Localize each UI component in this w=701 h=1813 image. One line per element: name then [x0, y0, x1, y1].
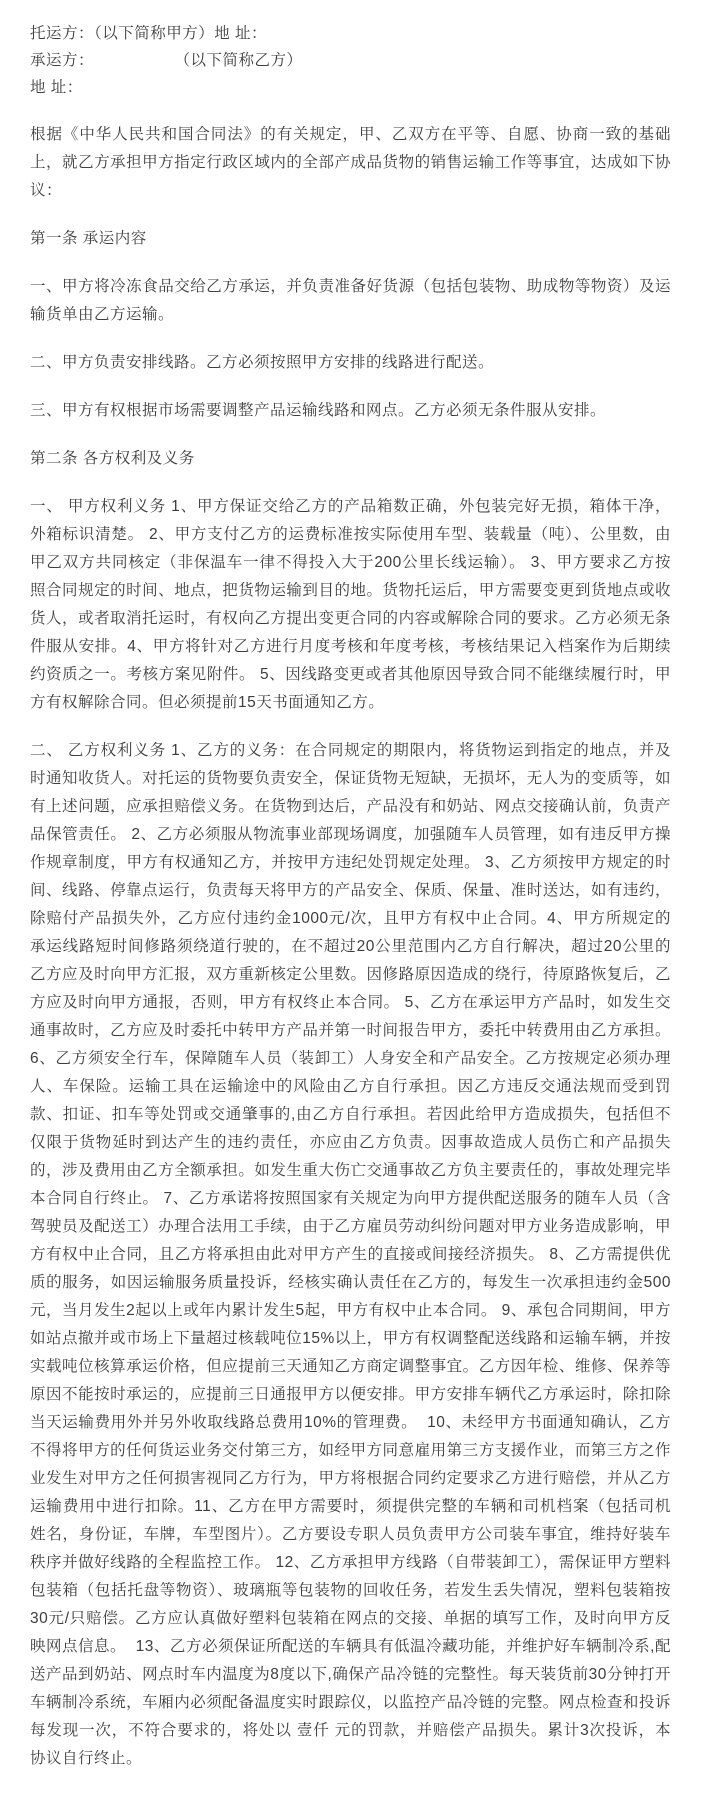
- article-2-party-b-obligations: 二、 乙方权利义务 1、乙方的义务：在合同规定的期限内，将货物运到指定的地点，并…: [30, 737, 671, 1773]
- article-2-heading: 第二条 各方权利及义务: [30, 445, 671, 473]
- article-1-clause-2: 二、甲方负责安排线路。乙方必须按照甲方安排的线路进行配送。: [30, 349, 671, 377]
- preamble-paragraph: 根据《中华人民共和国合同法》的有关规定，甲、乙双方在平等、自愿、协商一致的基础上…: [30, 121, 671, 205]
- party-carrier-line: 承运方： （以下简称乙方）: [30, 47, 671, 74]
- party-shipper-line: 托运方：（以下简称甲方）地 址：: [30, 20, 671, 47]
- article-1-clause-1: 一、甲方将冷冻食品交给乙方承运，并负责准备好货源（包括包装物、助成物等物资）及运…: [30, 273, 671, 329]
- article-1-heading: 第一条 承运内容: [30, 225, 671, 253]
- article-2-party-a-obligations: 一、 甲方权利义务 1、甲方保证交给乙方的产品箱数正确，外包装完好无损，箱体干净…: [30, 493, 671, 717]
- contract-document: 托运方：（以下简称甲方）地 址： 承运方： （以下简称乙方） 地 址： 根据《中…: [0, 0, 701, 1813]
- article-1-clause-3: 三、甲方有权根据市场需要调整产品运输线路和网点。乙方必须无条件服从安排。: [30, 397, 671, 425]
- address-line: 地 址：: [30, 74, 671, 101]
